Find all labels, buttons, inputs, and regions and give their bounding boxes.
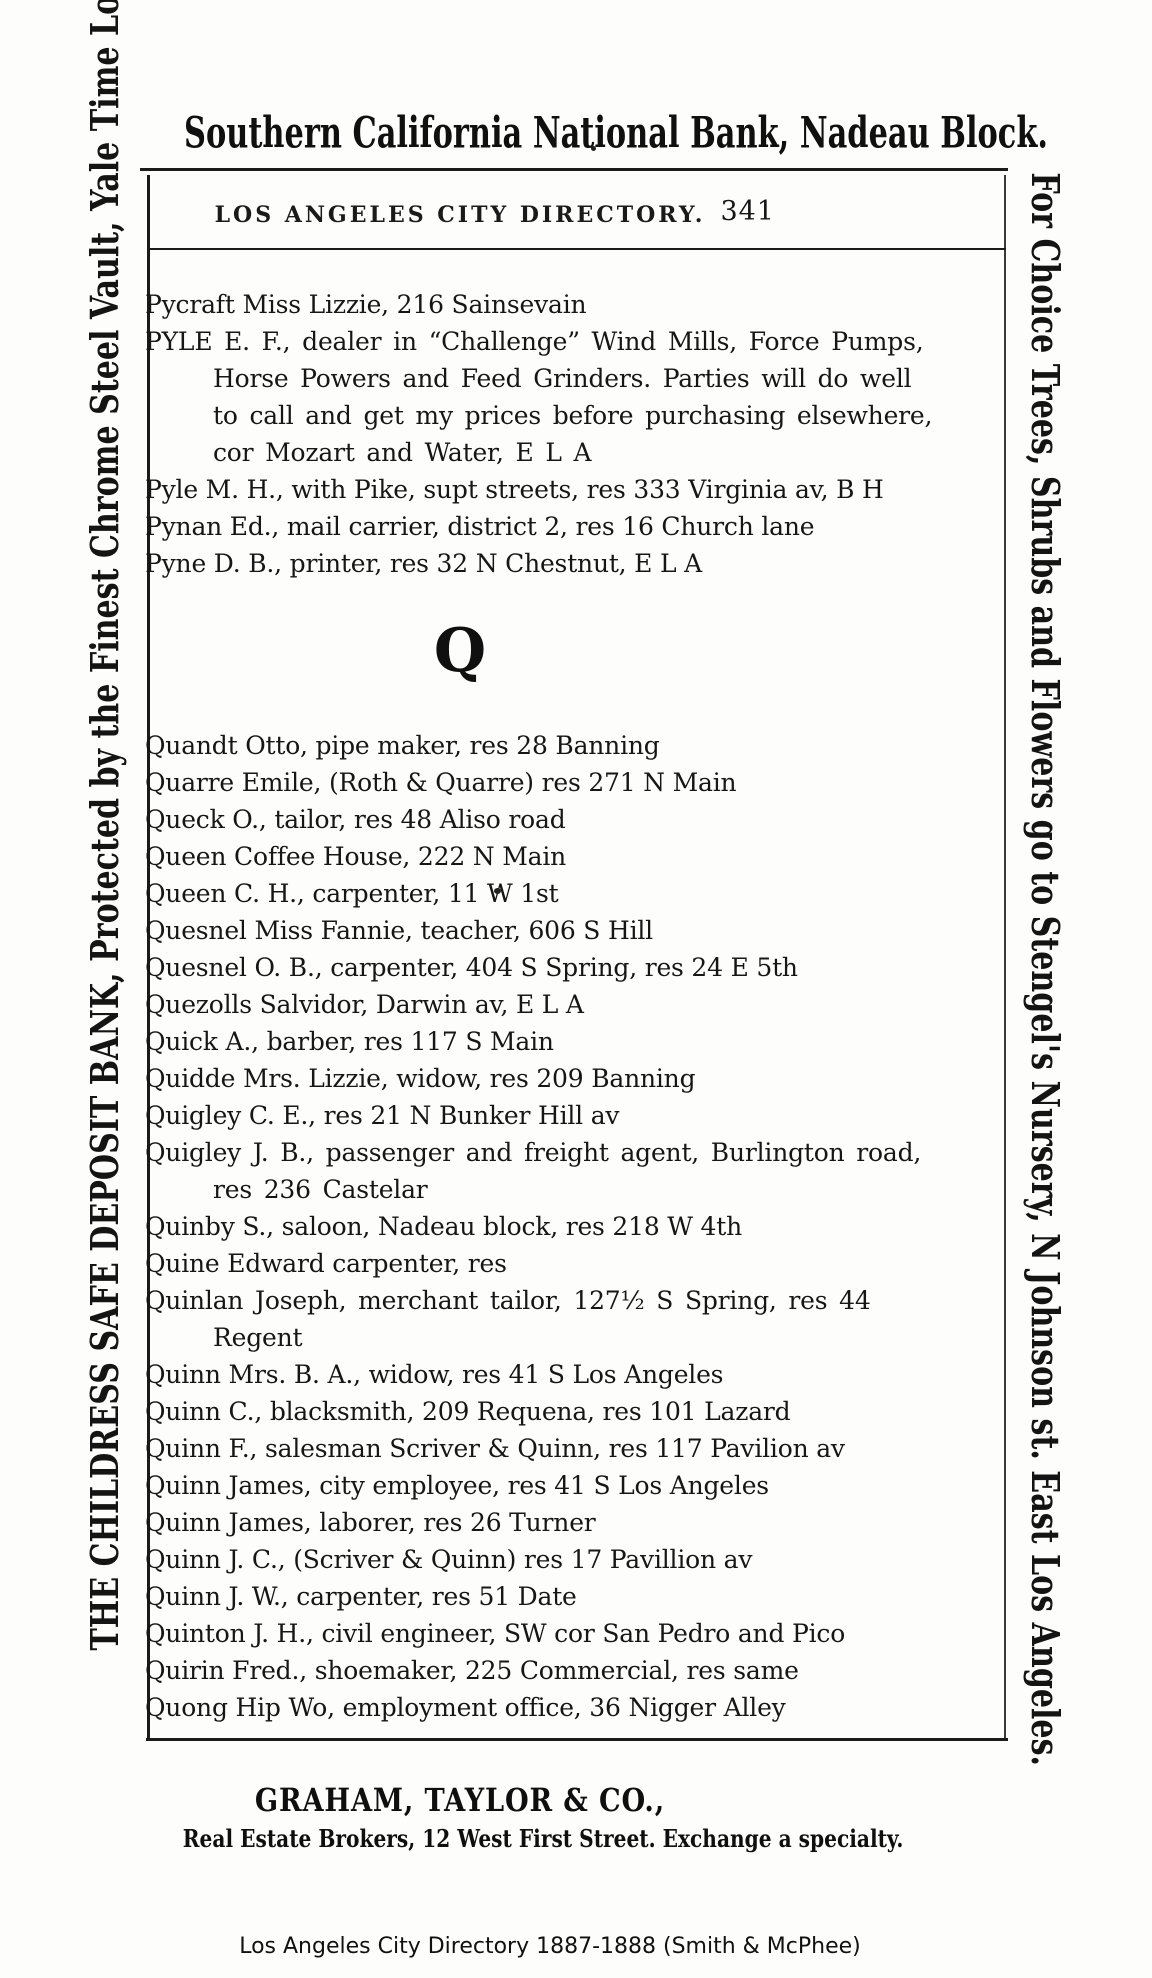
directory-entry: Quarre Emile, (Roth & Quarre) res 271 N … bbox=[145, 764, 965, 801]
directory-entry: Queen C. H., carpenter, 11 W 1st bbox=[145, 875, 965, 912]
directory-entry: Queck O., tailor, res 48 Aliso road bbox=[145, 801, 965, 838]
directory-entry: Pyne D. B., printer, res 32 N Chestnut, … bbox=[145, 545, 965, 582]
directory-entry: Quesnel Miss Fannie, teacher, 606 S Hill bbox=[145, 912, 965, 949]
ink-speck bbox=[494, 888, 501, 894]
directory-entry: Quidde Mrs. Lizzie, widow, res 209 Banni… bbox=[145, 1060, 965, 1097]
directory-entry: Pycraft Miss Lizzie, 216 Sainsevain bbox=[145, 286, 965, 323]
footer-ad-company: GRAHAM, TAYLOR & CO., bbox=[180, 1780, 741, 1820]
directory-entry: Quinn James, city employee, res 41 S Los… bbox=[145, 1467, 965, 1504]
directory-entry: Quezolls Salvidor, Darwin av, E L A bbox=[145, 986, 965, 1023]
directory-entry: Quinlan Joseph, merchant tailor, 127½ S … bbox=[145, 1282, 965, 1356]
top-banner-ad: Southern California National Bank, Nadea… bbox=[184, 107, 968, 157]
archive-caption: Los Angeles City Directory 1887-1888 (Sm… bbox=[0, 1934, 1100, 1959]
directory-entry: Quigley C. E., res 21 N Bunker Hill av bbox=[145, 1097, 965, 1134]
left-margin-ad: THE CHILDRESS SAFE DEPOSIT BANK, Protect… bbox=[79, 165, 132, 1650]
ink-speck bbox=[591, 146, 596, 151]
directory-entry: Quong Hip Wo, employment office, 36 Nigg… bbox=[145, 1689, 965, 1726]
directory-entry: Pyle M. H., with Pike, supt streets, res… bbox=[145, 471, 965, 508]
right-margin-ad: For Choice Trees, Shrubs and Flowers go … bbox=[1019, 172, 1072, 1657]
directory-entry: Quick A., barber, res 117 S Main bbox=[145, 1023, 965, 1060]
right-border-rule bbox=[1004, 175, 1006, 1740]
directory-entry: Quinn C., blacksmith, 209 Requena, res 1… bbox=[145, 1393, 965, 1430]
directory-entry: Quirin Fred., shoemaker, 225 Commercial,… bbox=[145, 1652, 965, 1689]
directory-entry: Quinn F., salesman Scriver & Quinn, res … bbox=[145, 1430, 965, 1467]
directory-entry: Quinton J. H., civil engineer, SW cor Sa… bbox=[145, 1615, 965, 1652]
footer-ad-details: Real Estate Brokers, 12 West First Stree… bbox=[183, 1824, 737, 1854]
page-masthead: LOS ANGELES CITY DIRECTORY. 341 bbox=[145, 200, 775, 240]
directory-entries-p: Pycraft Miss Lizzie, 216 SainsevainPYLE … bbox=[145, 286, 965, 582]
directory-entries-q: Quandt Otto, pipe maker, res 28 BanningQ… bbox=[145, 727, 965, 1726]
directory-entry: Quigley J. B., passenger and freight age… bbox=[145, 1134, 965, 1208]
directory-entry: Quinn J. W., carpenter, res 51 Date bbox=[145, 1578, 965, 1615]
directory-entry: Quinby S., saloon, Nadeau block, res 218… bbox=[145, 1208, 965, 1245]
bottom-rule bbox=[146, 1738, 1008, 1741]
directory-entry: Quinn J. C., (Scriver & Quinn) res 17 Pa… bbox=[145, 1541, 965, 1578]
directory-entry: Queen Coffee House, 222 N Main bbox=[145, 838, 965, 875]
directory-entry: Quinn Mrs. B. A., widow, res 41 S Los An… bbox=[145, 1356, 965, 1393]
directory-entry: Quandt Otto, pipe maker, res 28 Banning bbox=[145, 727, 965, 764]
directory-entry: Quine Edward carpenter, res bbox=[145, 1245, 965, 1282]
section-letter-heading: Q bbox=[145, 616, 775, 686]
page-number: 341 bbox=[720, 196, 775, 227]
directory-entry: Quinn James, laborer, res 26 Turner bbox=[145, 1504, 965, 1541]
directory-entry: Pynan Ed., mail carrier, district 2, res… bbox=[145, 508, 965, 545]
directory-entry: Quesnel O. B., carpenter, 404 S Spring, … bbox=[145, 949, 965, 986]
page-title: LOS ANGELES CITY DIRECTORY. bbox=[145, 200, 775, 230]
directory-entry: PYLE E. F., dealer in “Challenge” Wind M… bbox=[145, 323, 965, 471]
footer-ad: GRAHAM, TAYLOR & CO., Real Estate Broker… bbox=[130, 1780, 790, 1854]
top-rule bbox=[140, 168, 1008, 171]
header-divider-rule bbox=[150, 248, 1006, 250]
scanned-directory-page: Southern California National Bank, Nadea… bbox=[0, 0, 1152, 1978]
